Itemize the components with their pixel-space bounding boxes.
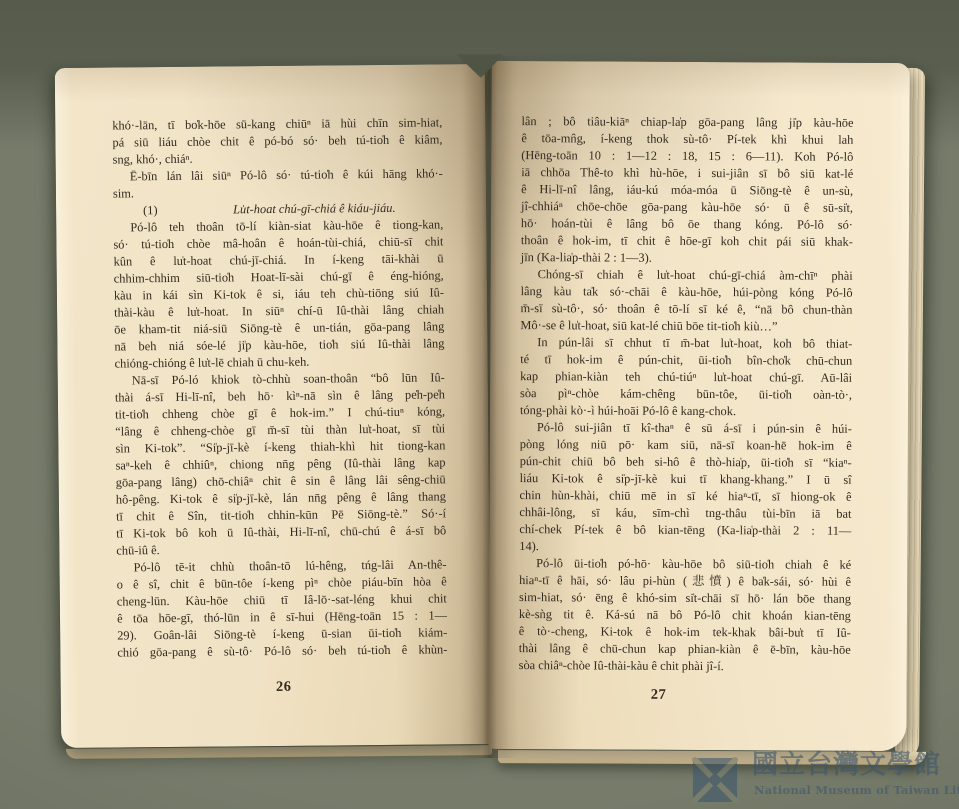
text-line: ê tò·-cheng, Ki-tok ê hok-im tek-khak bâ… [519, 623, 851, 642]
text-line: chí-chek Pí-tek ê bô kian-tēng (Ka-lia̍p… [519, 521, 851, 540]
text-line: lân ; bô tiâu-kiāⁿ chiap-la̍p gōa-pang l… [521, 113, 853, 132]
page-number-right: 27 [640, 687, 676, 704]
museum-watermark: 國立台灣文學館 National Museum of Taiwan Litera… [688, 751, 956, 809]
text-line: sòa chiâⁿ-chòe Iû-thài-kàu ê chit phài j… [519, 657, 851, 676]
text-line: kap phian-kiàn teh chú-tiúⁿ lu̍t-hoat ch… [520, 368, 852, 387]
text-line: hō· hoán-tùi ê lâng bô ōe thang kóng. Pó… [521, 215, 853, 234]
text-line: ê tōa-mn̂g, í-keng thok sù-tô· Pí-tek kh… [521, 130, 853, 149]
text-line: pá siū liáu chòe chit ê pó-bó só· beh tú… [112, 131, 442, 151]
text-line: kè-sǹg tit ê. Ká-sú nā bô Pó-lô chit kho… [519, 606, 851, 625]
text-line: jīn (Ka-lia̍p-thài 2 : 1—3). [521, 249, 853, 268]
text-line: Ē-bīn lán lâi siūⁿ Pó-lô só· tú-tio̍h ê … [113, 165, 443, 185]
text-line: In pún-lâi sī chhut tī m̄-bat lu̍t-hoat,… [520, 334, 852, 353]
page-left: khó·-lān, tī bo̍k-hōe sū-kang chiūⁿ iā h… [55, 64, 492, 748]
text-line: sim-hiat, só· ēng ê khó-sim si̍t-chāi sī… [519, 589, 851, 608]
text-line: pòng lóng niū pō· kam siū, nā-sī koan-hē… [520, 436, 852, 455]
text-line: chin hùn-khài, chiū mē in sī ké hiaⁿ-tī,… [519, 487, 851, 506]
text-line: lâng kàu ta̍k só·-chāi ê kàu-hōe, húi-pò… [521, 283, 853, 302]
page-left-text: khó·-lān, tī bo̍k-hōe sū-kang chiūⁿ iā h… [112, 114, 447, 661]
museum-logo-icon [692, 757, 738, 803]
text-line: 14). [519, 538, 851, 557]
page-right-text: lân ; bô tiâu-kiāⁿ chiap-la̍p gōa-pang l… [519, 113, 854, 676]
page-right: lân ; bô tiâu-kiāⁿ chiap-la̍p gōa-pang l… [488, 61, 910, 751]
text-line: jî-chhiáⁿ chōe-chōe gōa-pang kàu-hōe só·… [521, 198, 853, 217]
watermark-title-zh: 國立台灣文學館 [752, 749, 952, 781]
watermark-title-en: National Museum of Taiwan Literature [754, 783, 954, 797]
text-line: tóng-phài kò·-ì húi-hoāi Pó-lô ê kang-ch… [520, 402, 852, 421]
text-line: pún-chit chiū bô beh si-hô ê thò-hia̍p, … [520, 453, 852, 472]
text-line: Pó-lô sui-jiân tī kî-thaⁿ ê sū á-sī i pú… [520, 419, 852, 438]
text-line: Mô·-se ê lu̍t-hoat, siū kat-lé chiū bōe … [520, 317, 852, 336]
page-number-left: 26 [266, 679, 302, 696]
text-line: liáu Ki-tok ê si̍p-jī-kè kui tī khang-kh… [520, 470, 852, 489]
text-line: té tī hok-im ê pún-chit, ūi-tio̍h bîn-ch… [520, 351, 852, 370]
text-line: thoân ê hok-im, tī chit ê hōe-gī koh chi… [521, 232, 853, 251]
text-line: chhâi-lông, sī káu, sīm-chì tng-thâu tùi… [519, 504, 851, 523]
text-line: Chóng-sī chiah ê lu̍t-hoat chú-gī-chiá à… [521, 266, 853, 285]
text-line: nā beh niá sóe-lé ji̍p kàu-hōe, tio̍h si… [114, 335, 444, 355]
text-line: Pó-lô ūi-tio̍h pó-hō· kàu-hōe bô siū-tio… [519, 555, 851, 574]
text-line: thài lâng ê chū-chun kap phian-kiàn ê ē-… [519, 640, 851, 659]
text-line: m̄-sī sù-tô·, só· thoân ê tō-lí sī ké ê,… [520, 300, 852, 319]
text-line: tī Ki-tok bô koh ū Iû-thài, Hi-lī-nî, ch… [116, 522, 446, 542]
text-line: sòa pìⁿ-chòe kám-chêng būn-tôe, ūi-tio̍h… [520, 385, 852, 404]
text-line: ê Hi-lī-nî lâng, iáu-kú móa-móa ū Siōng-… [521, 181, 853, 200]
text-line: (Hēng-toān 10 : 1—12 : 18, 15 : 6—11). K… [521, 147, 853, 166]
text-line: hiaⁿ-tī ê hāi, só· lâu pi-hùn (悲憤) ê ba̍… [519, 572, 851, 591]
open-book: khó·-lān, tī bo̍k-hōe sū-kang chiūⁿ iā h… [48, 50, 932, 764]
text-line: iā chhōa Thê-to khì hù-hōe, i sui-jiân s… [521, 164, 853, 183]
text-line: chió gōa-pang ê sù-tô· Pó-lô só· beh tú-… [117, 641, 447, 661]
